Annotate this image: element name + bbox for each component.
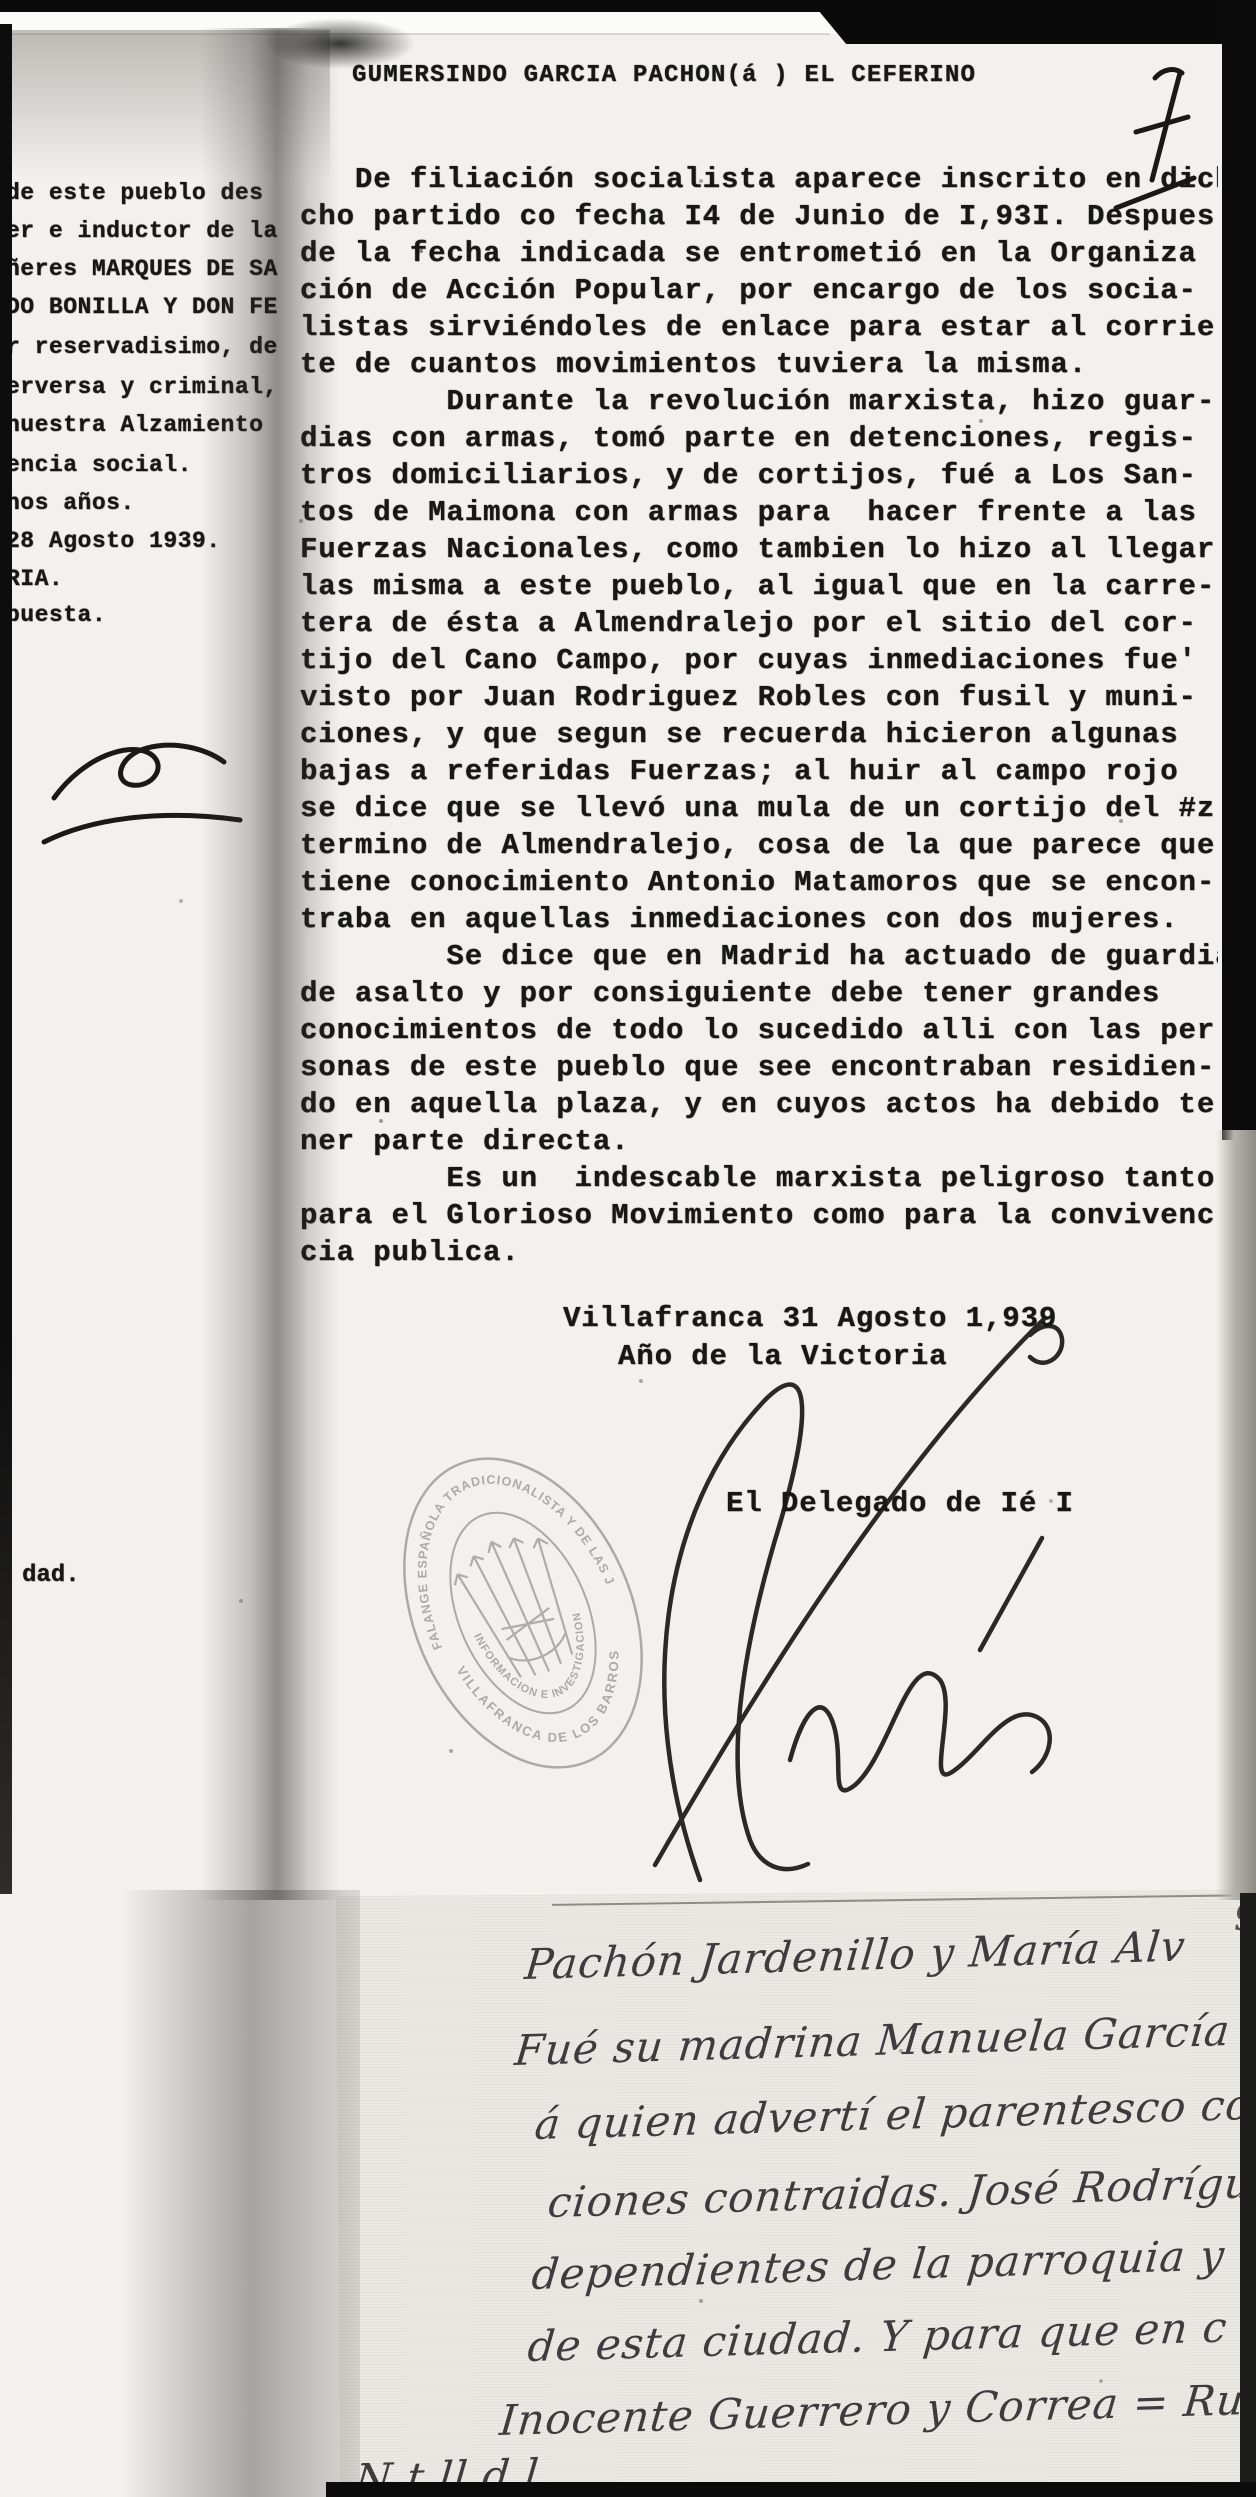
- typed-line: de la fecha indicada se entrometió en la…: [300, 239, 1197, 268]
- typed-line: para el Glorioso Movimiento como para la…: [300, 1201, 1215, 1230]
- typed-line: ner parte directa.: [300, 1127, 629, 1156]
- typed-line: se dice que se llevó una mula de un cort…: [300, 794, 1215, 823]
- typed-line: Es un indescable marxista peligroso tant…: [300, 1164, 1215, 1193]
- book-gutter-shadow: [200, 28, 340, 1900]
- typed-line: listas sirviéndoles de enlace para estar…: [300, 313, 1215, 342]
- delegate-signature: [560, 1280, 1120, 1900]
- typed-line: tijo del Cano Campo, por cuyas inmediaci…: [300, 646, 1197, 675]
- typed-line: Se dice que en Madrid ha actuado de guar…: [300, 942, 1218, 971]
- typed-line: visto por Juan Rodriguez Robles con fusi…: [300, 683, 1197, 712]
- typed-line: De filiación socialista aparece inscrito…: [300, 165, 1218, 194]
- typed-line: tos de Maimona con armas para hacer fren…: [300, 498, 1197, 527]
- margin-line: encia social.: [6, 454, 192, 477]
- typed-line: sonas de este pueblo que see encontraban…: [300, 1053, 1215, 1082]
- signature-stroke: [1030, 1326, 1062, 1363]
- signature-stroke: [664, 1385, 808, 1880]
- margin-line: puesta.: [6, 604, 106, 627]
- margin-line: RIA.: [6, 568, 63, 591]
- typed-line: dias con armas, tomó parte en detencione…: [300, 424, 1197, 453]
- scan-noise-speckles: [0, 0, 2, 2]
- margin-line: 28 Agosto 1939.: [6, 530, 221, 553]
- typed-line: de asalto y por consiguiente debe tener …: [300, 979, 1160, 1008]
- gutter-crease-dark: [265, 18, 415, 188]
- typed-line: ciones, y que segun se recuerda hicieron…: [300, 720, 1179, 749]
- signature-stroke: [790, 1673, 1050, 1790]
- scan-border-left: [0, 24, 12, 1894]
- typed-line: tros domiciliarios, y de cortijos, fué a…: [300, 461, 1197, 490]
- signature-stroke: [655, 1318, 1045, 1865]
- typed-body: De filiación socialista aparece inscrito…: [300, 0, 1218, 1290]
- margin-line: nos años.: [6, 492, 135, 515]
- scan-border-bottom-right: [1240, 1893, 1256, 2497]
- typed-line: tera de ésta a Almendralejo por el sitio…: [300, 609, 1197, 638]
- gutter-shadow-bottom: [120, 1890, 360, 2497]
- margin-line-isolated: dad.: [22, 1562, 80, 1589]
- scanned-document: de este pueblo des er e inductor de la ñ…: [0, 0, 1256, 2497]
- scan-border-right: [1222, 0, 1256, 1140]
- typed-line: cho partido co fecha I4 de Junio de I,93…: [300, 202, 1215, 231]
- typed-line: te de cuantos movimientos tuviera la mis…: [300, 350, 1087, 379]
- signature-stroke: [980, 1538, 1042, 1650]
- typed-line: conocimientos de todo lo sucedido alli c…: [300, 1016, 1218, 1045]
- typed-line: traba en aquellas inmediaciones con dos …: [300, 905, 1179, 934]
- typed-line: Durante la revolución marxista, hizo gua…: [300, 387, 1215, 416]
- page-fore-edge: [1216, 1130, 1256, 1900]
- typed-line: do en aquella plaza, y en cuyos actos ha…: [300, 1090, 1218, 1119]
- scan-border-bottom: [326, 2482, 1256, 2497]
- typed-line: Fuerzas Nacionales, como tambien lo hizo…: [300, 535, 1215, 564]
- typed-line: tiene conocimiento Antonio Matamoros que…: [300, 868, 1215, 897]
- typed-line: bajas a referidas Fuerzas; al huir al ca…: [300, 757, 1179, 786]
- typed-line: las misma a este pueblo, al igual que en…: [300, 572, 1215, 601]
- typed-line: termino de Almendralejo, cosa de la que …: [300, 831, 1215, 860]
- typed-line: ción de Acción Popular, por encargo de l…: [300, 276, 1197, 305]
- scan-border-top-right: [820, 0, 1256, 44]
